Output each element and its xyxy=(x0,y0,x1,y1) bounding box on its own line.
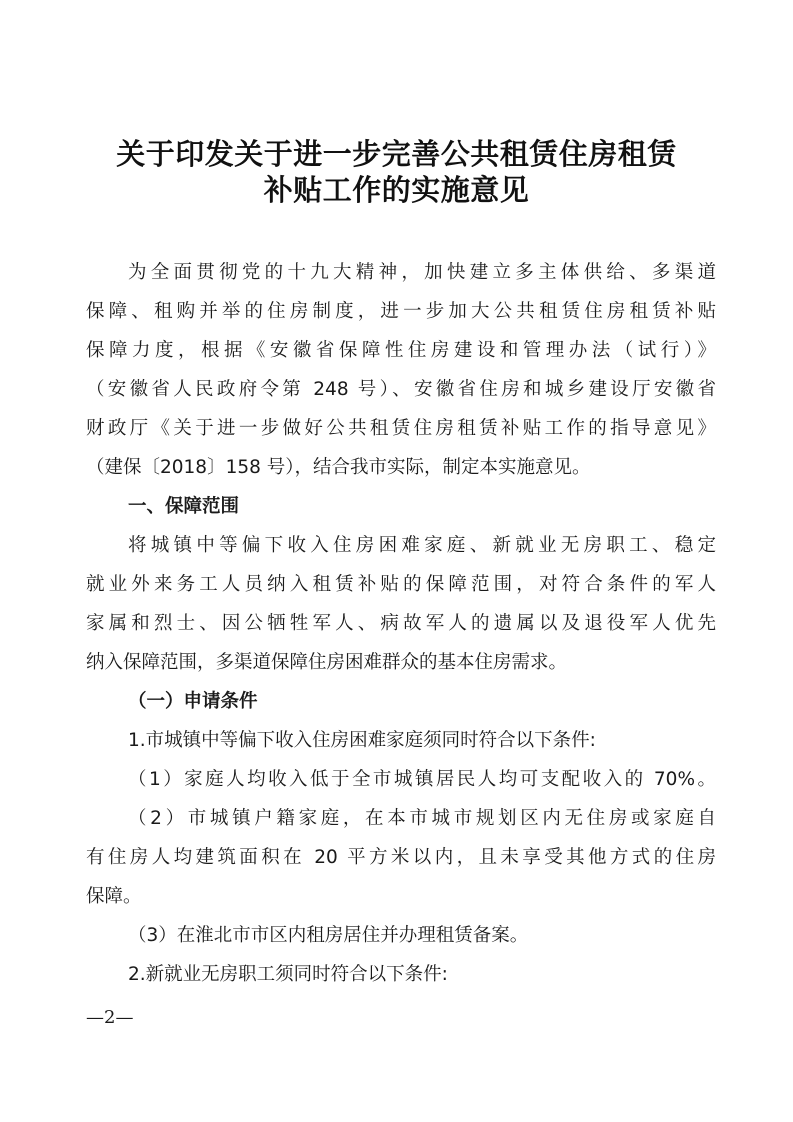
paragraph-line: （3）在淮北市市区内租房居住并办理租赁备案。 xyxy=(128,916,716,955)
paragraph-line: （安徽省人民政府令第 248 号）、安徽省住房和城乡建设厅安徽省 xyxy=(86,370,716,409)
document-page: 关于印发关于进一步完善公共租赁住房租赁 补贴工作的实施意见 为全面贯彻党的十九大… xyxy=(0,0,793,1122)
paragraph-line: （2）市城镇户籍家庭，在本市城市规划区内无住房或家庭自 xyxy=(128,799,716,838)
paragraph-line: 有住房人均建筑面积在 20 平方米以内，且未享受其他方式的住房 xyxy=(86,838,716,877)
paragraph-line: 保障、租购并举的住房制度，进一步加大公共租赁住房租赁补贴 xyxy=(86,292,716,331)
paragraph-line: 1.市城镇中等偏下收入住房困难家庭须同时符合以下条件: xyxy=(128,721,716,760)
paragraph-line: 财政厅《关于进一步做好公共租赁住房租赁补贴工作的指导意见》 xyxy=(86,409,716,448)
page-number: —2— xyxy=(86,1003,133,1033)
paragraph-line: 纳入保障范围，多渠道保障住房困难群众的基本住房需求。 xyxy=(86,643,716,682)
paragraph-line: 2.新就业无房职工须同时符合以下条件: xyxy=(128,955,716,994)
paragraph-line: 保障力度，根据《安徽省保障性住房建设和管理办法（试行）》 xyxy=(86,331,716,370)
paragraph-line: （1）家庭人均收入低于全市城镇居民人均可支配收入的 70%。 xyxy=(128,760,716,799)
document-title-line-2: 补贴工作的实施意见 xyxy=(0,172,793,208)
paragraph-line: 就业外来务工人员纳入租赁补贴的保障范围，对符合条件的军人 xyxy=(86,565,716,604)
paragraph-line: 为全面贯彻党的十九大精神，加快建立多主体供给、多渠道 xyxy=(128,253,716,292)
paragraph-line: 将城镇中等偏下收入住房困难家庭、新就业无房职工、稳定 xyxy=(128,526,716,565)
document-title-line-1: 关于印发关于进一步完善公共租赁住房租赁 xyxy=(0,136,793,172)
paragraph-line: 保障。 xyxy=(86,877,716,916)
subsection-heading: （一）申请条件 xyxy=(128,682,716,721)
paragraph-line: （建保〔2018〕158 号），结合我市实际，制定本实施意见。 xyxy=(86,448,716,487)
section-heading: 一、保障范围 xyxy=(128,487,716,526)
paragraph-line: 家属和烈士、因公牺牲军人、病故军人的遗属以及退役军人优先 xyxy=(86,604,716,643)
